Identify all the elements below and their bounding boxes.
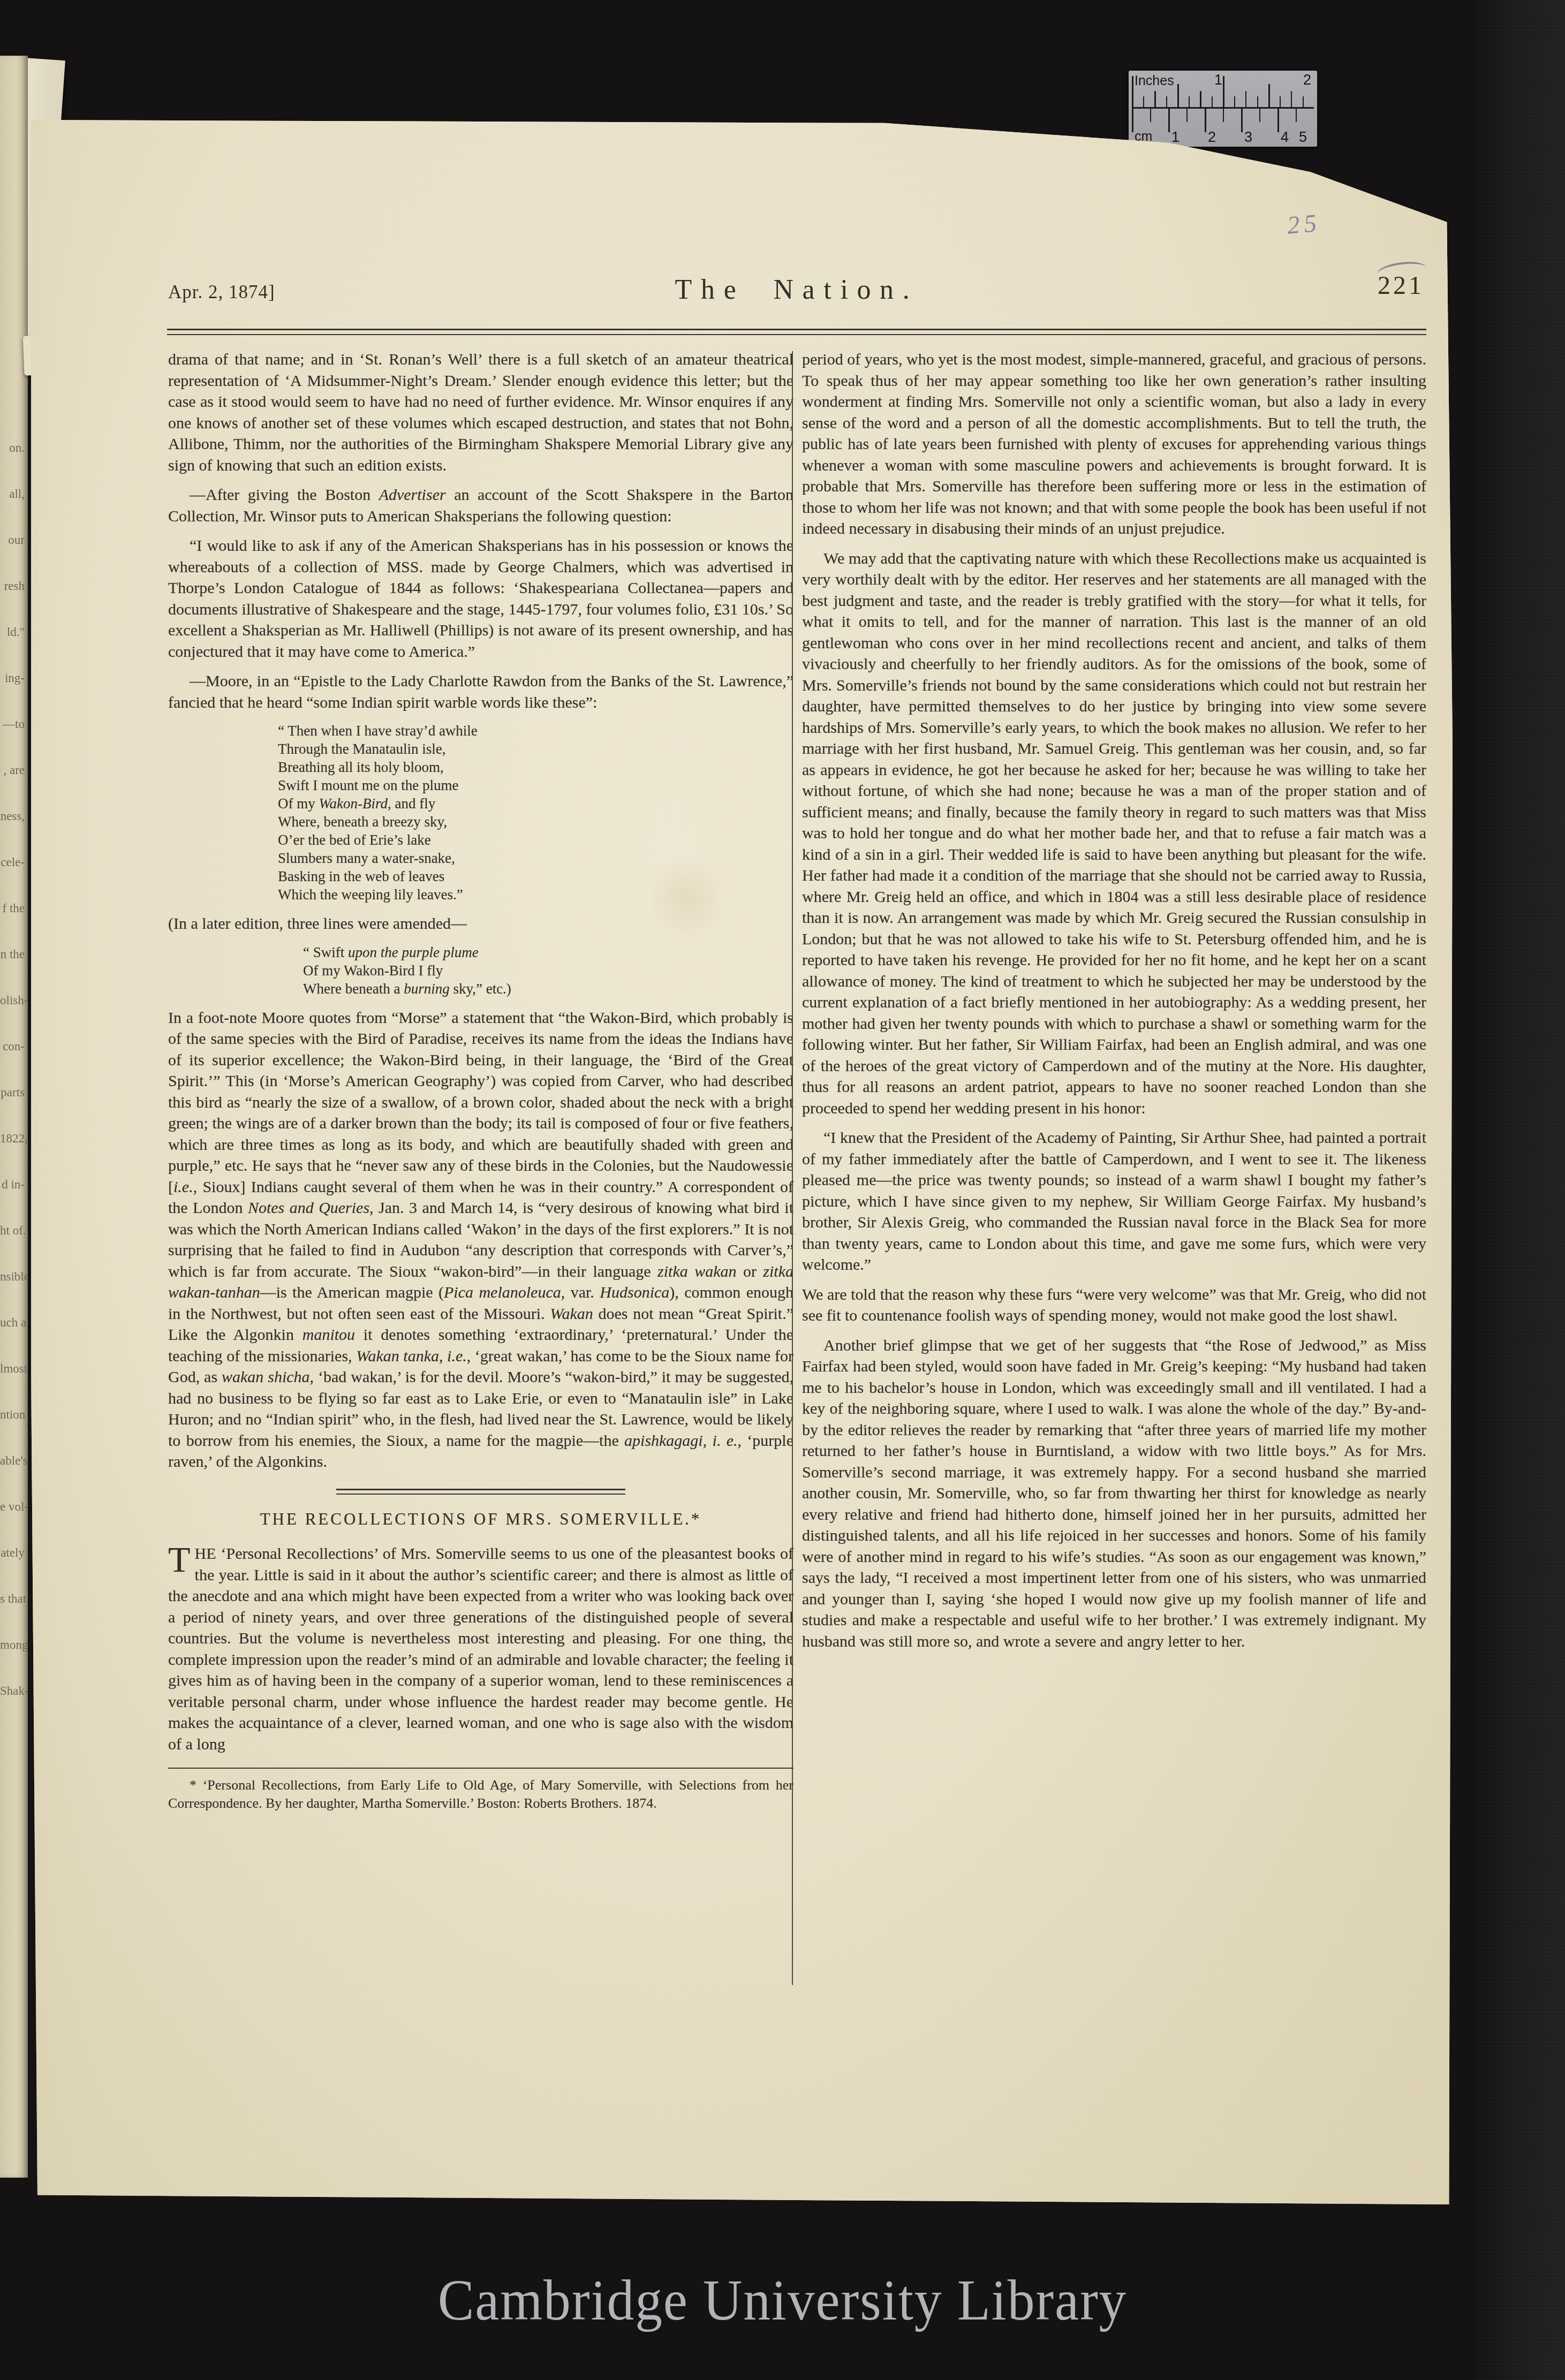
paragraph: In a foot-note Moore quotes from “Morse”… [168, 1007, 793, 1473]
right-text-column: period of years, who yet is the most mod… [802, 349, 1426, 1661]
measurement-ruler: Inches cm 1 2 1 2 3 4 5 [1129, 71, 1317, 147]
poem-quotation-amended: “ Swift upon the purple plumeOf my Wakon… [303, 943, 793, 998]
previous-page-text-fragments: on.all,ourreshld."ing-—to, areness,cele-… [0, 56, 28, 1714]
paragraph: We may add that the captivating nature w… [802, 548, 1426, 1119]
ruler-inch-number: 2 [1303, 72, 1311, 88]
ruler-cm-number: 4 [1281, 129, 1289, 146]
poem-quotation: “ Then when I have stray’d awhileThrough… [278, 722, 793, 904]
cloth-texture [1474, 0, 1565, 2380]
ruler-cm-number: 3 [1244, 129, 1252, 146]
drop-cap: T [168, 1543, 195, 1574]
footnote-text: * ‘Personal Recollections, from Early Li… [168, 1776, 793, 1812]
column-divider-rule [792, 351, 793, 1985]
paragraph: —After giving the Boston Advertiser an a… [168, 484, 793, 527]
masthead-title: The Nation. [168, 274, 1425, 306]
ruler-inch-number: 1 [1214, 72, 1222, 88]
paragraph: Another brief glimpse that we get of her… [802, 1335, 1426, 1653]
article-heading: THE RECOLLECTIONS OF MRS. SOMERVILLE.* [168, 1509, 793, 1530]
paragraph-lead: THE ‘Personal Recollections’ of Mrs. Som… [168, 1543, 793, 1755]
library-watermark: Cambridge University Library [47, 2268, 1518, 2334]
previous-page-edge: on.all,ourreshld."ing-—to, areness,cele-… [0, 56, 28, 2178]
paragraph: “I knew that the President of the Academ… [802, 1127, 1426, 1276]
section-divider-rule [336, 1489, 625, 1495]
left-text-column: drama of that name; and in ‘St. Ronan’s … [168, 349, 793, 1812]
journal-page: 25 Apr. 2, 1874] The Nation. 221 drama o… [31, 120, 1453, 2204]
backdrop-cloth-band [1474, 0, 1565, 2380]
ruler-cm-number: 5 [1299, 129, 1307, 146]
ruler-cm-number: 1 [1171, 129, 1180, 146]
footnote: * ‘Personal Recollections, from Early Li… [168, 1768, 793, 1812]
lead-text: HE ‘Personal Recollections’ of Mrs. Some… [168, 1545, 793, 1753]
paragraph: “I would like to ask if any of the Ameri… [168, 535, 793, 662]
paragraph: (In a later edition, three lines were am… [168, 913, 793, 935]
header-double-rule [167, 329, 1426, 335]
paragraph: drama of that name; and in ‘St. Ronan’s … [168, 349, 793, 476]
paragraph: period of years, who yet is the most mod… [802, 349, 1426, 540]
paragraph: —Moore, in an “Epistle to the Lady Charl… [168, 671, 793, 713]
ruler-cm-number: 2 [1208, 129, 1216, 146]
paragraph: We are told that the reason why these fu… [802, 1284, 1426, 1327]
page-header: Apr. 2, 1874] The Nation. 221 [168, 274, 1425, 322]
handwritten-folio-number: 25 [1286, 208, 1322, 240]
ruler-inch-ticks [1132, 76, 1314, 107]
